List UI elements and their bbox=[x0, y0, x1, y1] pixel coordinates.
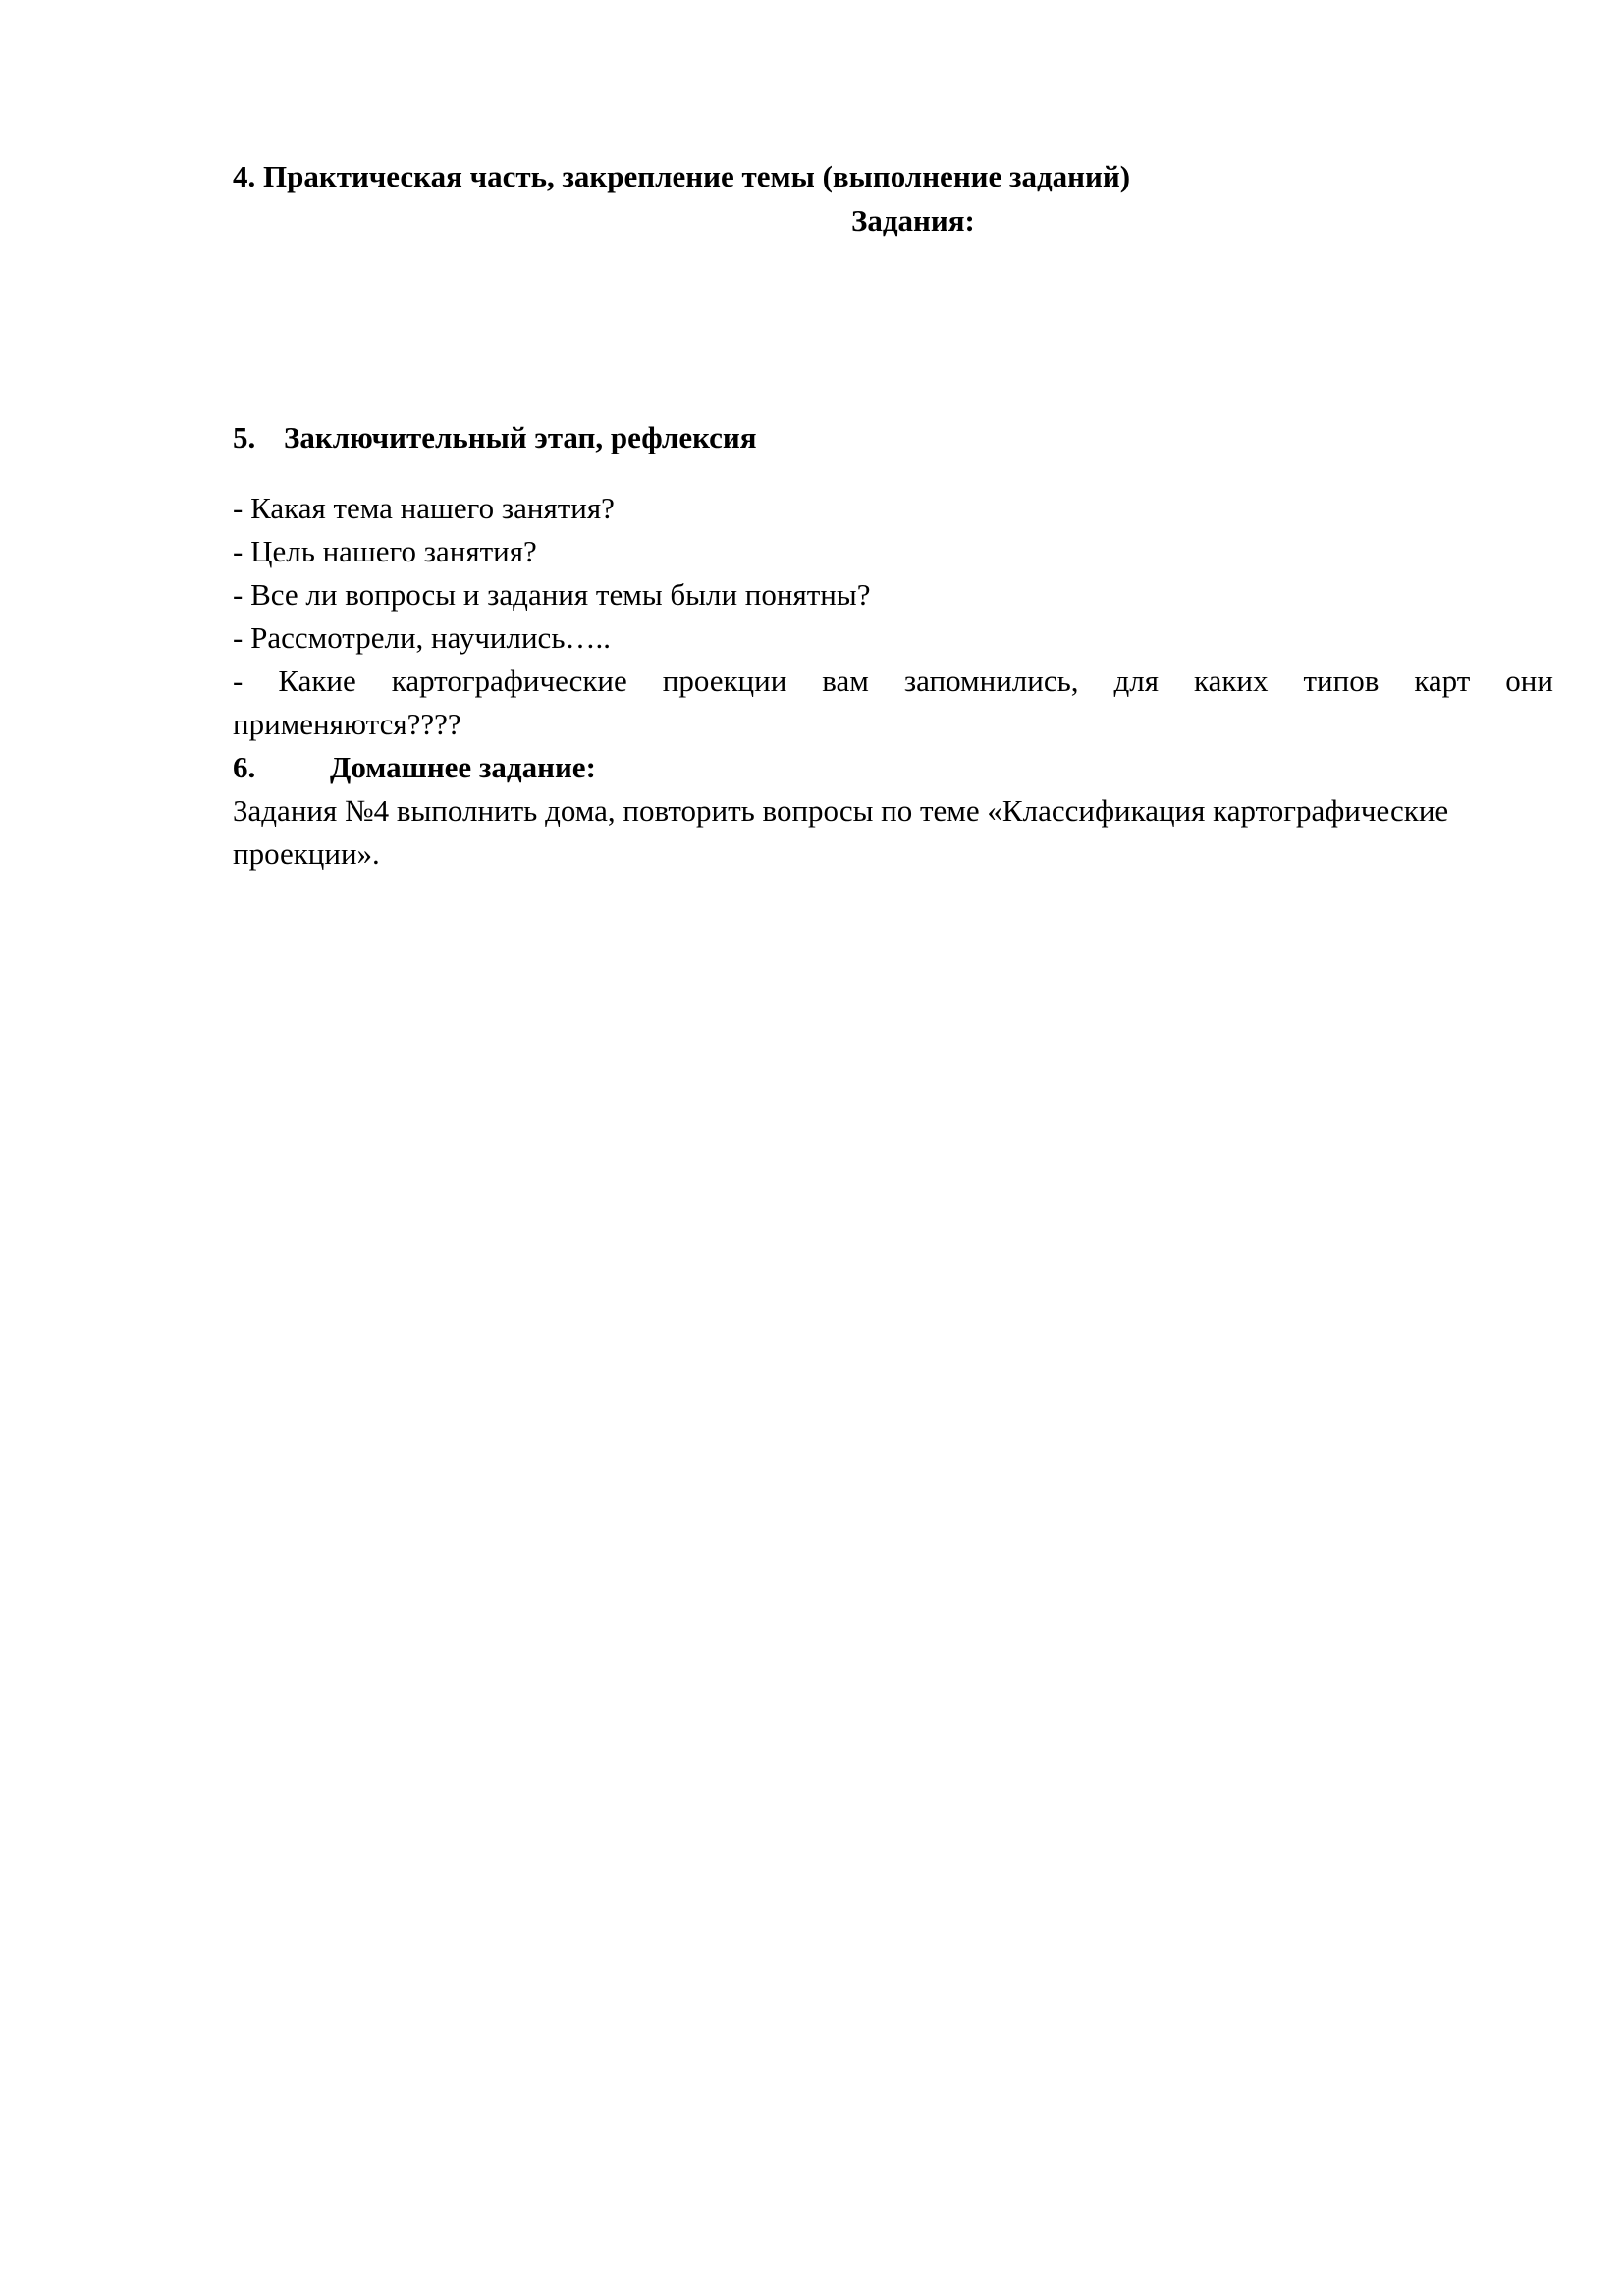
section-5-heading: 5.Заключительный этап, рефлексия bbox=[233, 416, 757, 459]
section-6-title: Домашнее задание: bbox=[330, 750, 596, 784]
section-6-number: 6. bbox=[233, 746, 330, 789]
section-4-heading: 4. Практическая часть, закрепление темы … bbox=[233, 155, 1130, 198]
tasks-subheading: Задания: bbox=[851, 199, 975, 242]
homework-text: Задания №4 выполнить дома, повторить воп… bbox=[233, 789, 1553, 876]
reflection-questions: - Какая тема нашего занятия? - Цель наше… bbox=[233, 487, 1553, 876]
question-item: - Какие картографические проекции вам за… bbox=[233, 660, 1553, 746]
section-5-number: 5. bbox=[233, 416, 284, 459]
section-6-heading: 6.Домашнее задание: bbox=[233, 746, 1553, 789]
question-item: - Какая тема нашего занятия? bbox=[233, 487, 1553, 530]
question-item: - Рассмотрели, научились….. bbox=[233, 616, 1553, 660]
section-5-title: Заключительный этап, рефлексия bbox=[284, 420, 757, 454]
question-item: - Все ли вопросы и задания темы были пон… bbox=[233, 573, 1553, 616]
question-item: - Цель нашего занятия? bbox=[233, 530, 1553, 573]
